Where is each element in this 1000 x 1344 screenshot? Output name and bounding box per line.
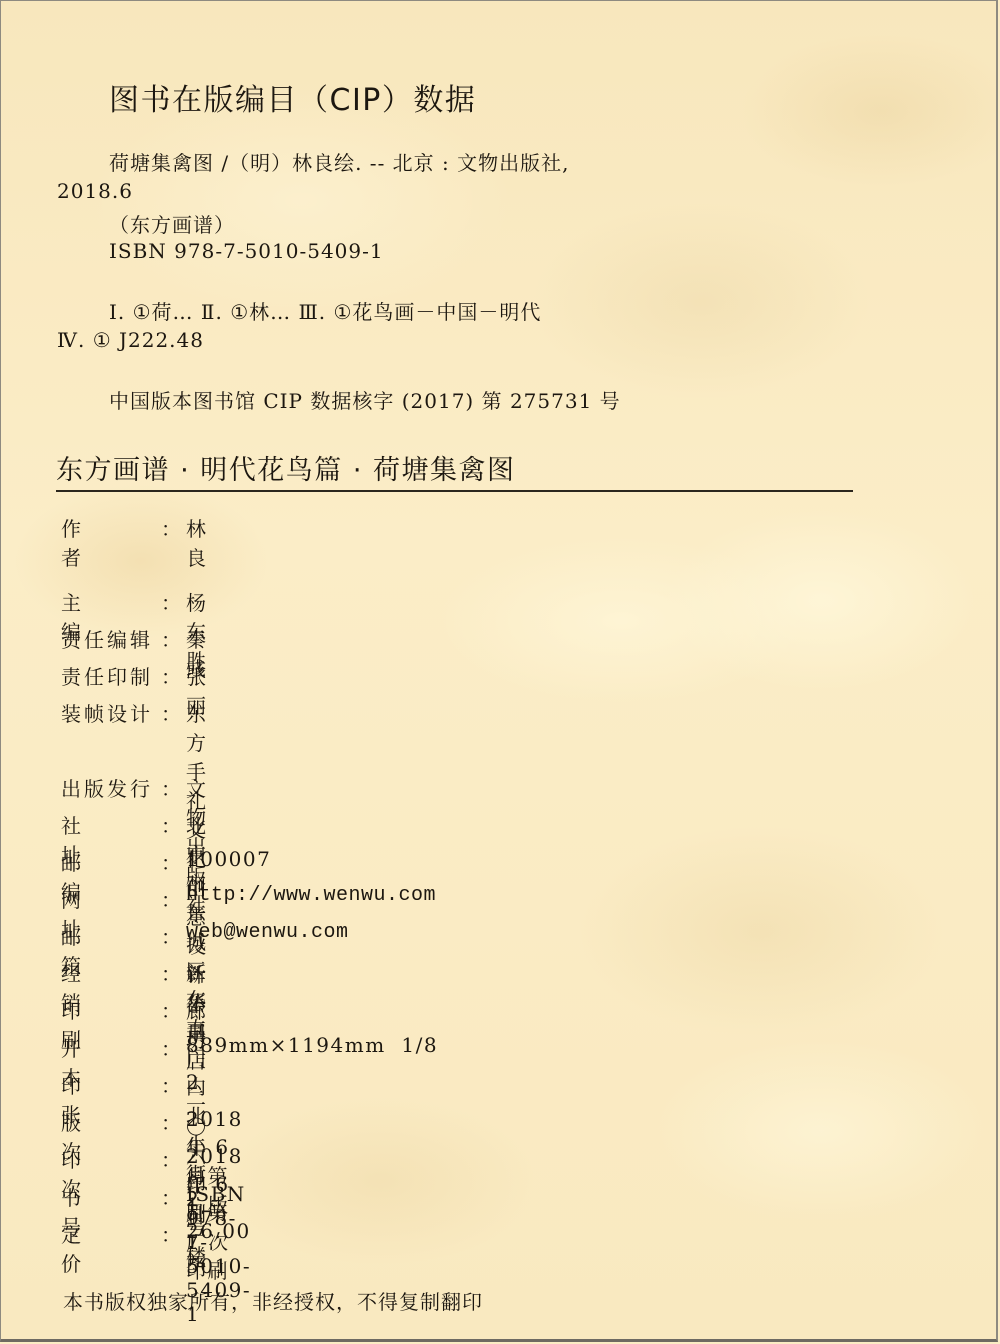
pub-label: 印刷 [61, 995, 161, 1025]
label-text: 定价 [61, 1219, 161, 1249]
pub-label: 出版发行 [61, 773, 161, 803]
cip-line-series: （东方画谱） [109, 209, 235, 238]
credit-label: 主编 [61, 587, 161, 617]
credit-value: 林 良 [186, 513, 218, 571]
colon: ： [161, 698, 185, 727]
label-text: 责任编辑 [61, 624, 153, 654]
label-text: 网址 [61, 884, 161, 914]
pub-label: 印张 [61, 1070, 161, 1100]
colon: ： [161, 847, 185, 876]
label-text: 经销 [61, 958, 161, 988]
colon: ： [161, 1144, 185, 1173]
title-divider [56, 490, 853, 492]
label-text: 装帧设计 [61, 698, 153, 728]
colon: ： [161, 1107, 185, 1136]
cip-heading: 图书在版编目（CIP）数据 [109, 75, 476, 119]
pub-value: 100007 [186, 847, 271, 871]
credit-label: 责任编辑 [61, 624, 161, 654]
label-text: 出版发行 [61, 773, 153, 803]
colon: ： [161, 513, 185, 542]
credit-label: 装帧设计 [61, 698, 161, 728]
label-text: 开本 [61, 1033, 161, 1063]
pub-label: 开本 [61, 1033, 161, 1063]
label-text: 主编 [61, 587, 161, 617]
pub-label: 网址 [61, 884, 161, 914]
colon: ： [161, 587, 185, 616]
colon: ： [161, 661, 185, 690]
colon: ： [161, 1182, 185, 1211]
cip-line-record-number: 中国版本图书馆 CIP 数据核字 (2017) 第 275731 号 [109, 385, 621, 414]
pub-label: 邮编 [61, 847, 161, 877]
pub-label: 社址 [61, 810, 161, 840]
pub-value: 26.00 元 [186, 1219, 251, 1272]
label-text: 书号 [61, 1182, 161, 1212]
pub-label: 邮箱 [61, 921, 161, 951]
pub-label: 版次 [61, 1107, 161, 1137]
cip-line-date: 2018.6 [57, 179, 133, 203]
cip-line-title: 荷塘集禽图 /（明）林良绘. -- 北京 : 文物出版社, [109, 147, 570, 176]
label-text: 邮编 [61, 847, 161, 877]
cip-line-classification: Ⅰ. ①荷… Ⅱ. ①林… Ⅲ. ①花鸟画－中国－明代 [109, 296, 541, 325]
copyright-page: 图书在版编目（CIP）数据 荷塘集禽图 /（明）林良绘. -- 北京 : 文物出… [0, 0, 998, 1342]
email-link[interactable]: web@wenwu.com [186, 921, 349, 944]
pub-label: 印次 [61, 1144, 161, 1174]
label-text: 版次 [61, 1107, 161, 1137]
colon: ： [161, 624, 185, 653]
credit-label: 责任印制 [61, 661, 161, 691]
book-title: 东方画谱 · 明代花鸟篇 · 荷塘集禽图 [56, 448, 516, 487]
pub-label: 定价 [61, 1219, 161, 1249]
website-link[interactable]: http://www.wenwu.com [186, 884, 436, 907]
label-text: 印刷 [61, 995, 161, 1025]
label-text: 作者 [61, 513, 161, 543]
label-text: 印张 [61, 1070, 161, 1100]
label-text: 邮箱 [61, 921, 161, 951]
colon: ： [161, 995, 185, 1024]
pub-label: 经销 [61, 958, 161, 988]
colon: ： [161, 810, 185, 839]
copyright-notice: 本书版权独家所有，非经授权，不得复制翻印 [63, 1286, 483, 1315]
cip-line-call-number: Ⅳ. ① J222.48 [57, 328, 204, 352]
colon: ： [161, 921, 185, 950]
colon: ： [161, 773, 185, 802]
colon: ： [161, 884, 185, 913]
label-text: 社址 [61, 810, 161, 840]
colon: ： [161, 1219, 185, 1248]
credit-label: 作者 [61, 513, 161, 543]
colon: ： [161, 958, 185, 987]
colon: ： [161, 1033, 185, 1062]
label-text: 印次 [61, 1144, 161, 1174]
cip-line-isbn: ISBN 978-7-5010-5409-1 [109, 239, 384, 263]
colon: ： [161, 1070, 185, 1099]
pub-label: 书号 [61, 1182, 161, 1212]
pub-value: 2 [186, 1070, 200, 1094]
pub-value: 889mm×1194mm 1/8 [186, 1033, 438, 1057]
label-text: 责任印制 [61, 661, 153, 691]
